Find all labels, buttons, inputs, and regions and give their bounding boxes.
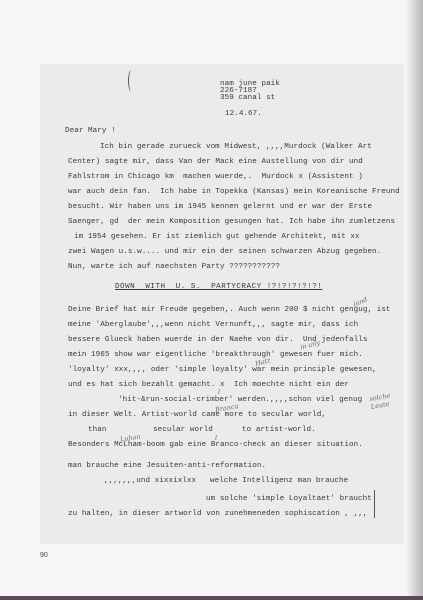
pen-bracket-mark (128, 70, 135, 92)
headline-slogan: DOWN WITH U. S. PARTYCRACY !?!?!?!?!?! (115, 283, 322, 292)
body-line: 'loyalty' xxx,,,, oder 'simple loyalty' … (68, 366, 377, 375)
body-line: im 1954 gesehen. Er ist ziemlich gut geh… (74, 233, 360, 242)
body-line: Nun, warte ich auf naechsten Party ?????… (68, 263, 280, 272)
sender-address: 359 canal st (220, 94, 275, 103)
body-line: mein 1965 show war eigentliche 'breakthr… (68, 351, 363, 360)
body-line: than (88, 426, 106, 435)
book-edge (0, 596, 423, 600)
handwritten-note-branco: l (215, 434, 217, 442)
letter-date: 12.4.67. (225, 110, 262, 119)
body-line: ,,,,,,,und xixxixlxx welche Intelligenz … (104, 477, 348, 486)
body-line: in dieser Welt. Artist-world came more t… (68, 411, 326, 420)
body-line: Deine Brief hat mir Freude gegeben,. Auc… (68, 306, 391, 315)
page-number: 90 (40, 552, 48, 559)
body-line: bessere Glueck haben wuerde in der Naehe… (68, 336, 367, 345)
page-edge-shadow (407, 0, 423, 600)
salutation: Dear Mary ! (65, 127, 116, 136)
body-line: Saenger, gd der mein Komposition gesunge… (68, 218, 395, 227)
body-line: man brauche eine Jesuiten-anti-reformati… (68, 462, 266, 471)
body-line: secular world (153, 426, 213, 435)
body-line: to artist-world. (242, 426, 316, 435)
body-line: Center) sagte mir, dass Van der Mack ein… (68, 158, 363, 167)
body-line: zwei Wagen u.s.w.... und mir ein der sei… (68, 248, 381, 257)
body-line: Fahlstrom in Chicago km machen wuerde,. … (68, 173, 363, 182)
body-line: und es hat sich bezahlt gemacht. x Ich m… (68, 381, 349, 390)
body-line: Ich bin gerade zurueck vom Midwest, ,,,,… (100, 143, 372, 152)
handwritten-note-crimber: l (218, 388, 220, 396)
body-line: 'hit-&run-social-crimber' werden.,,,,sch… (118, 396, 362, 405)
body-line: meine 'Aberglaube',,,wenn nicht Vernunft… (68, 321, 358, 330)
body-line: Besonders McLham-boom gab eine Branco-ch… (68, 441, 363, 450)
letter-sheet (40, 64, 404, 544)
body-line: besucht. Wir haben uns im 1945 kennen ge… (68, 203, 372, 212)
pen-margin-line (374, 490, 375, 518)
body-line: zu halten, in dieser artworld von zunehm… (68, 510, 367, 519)
body-line: war auch dein fan. Ich habe in Topekka (… (68, 188, 400, 197)
body-line: um solche 'simple Loyaltaet' braucht (206, 495, 372, 504)
